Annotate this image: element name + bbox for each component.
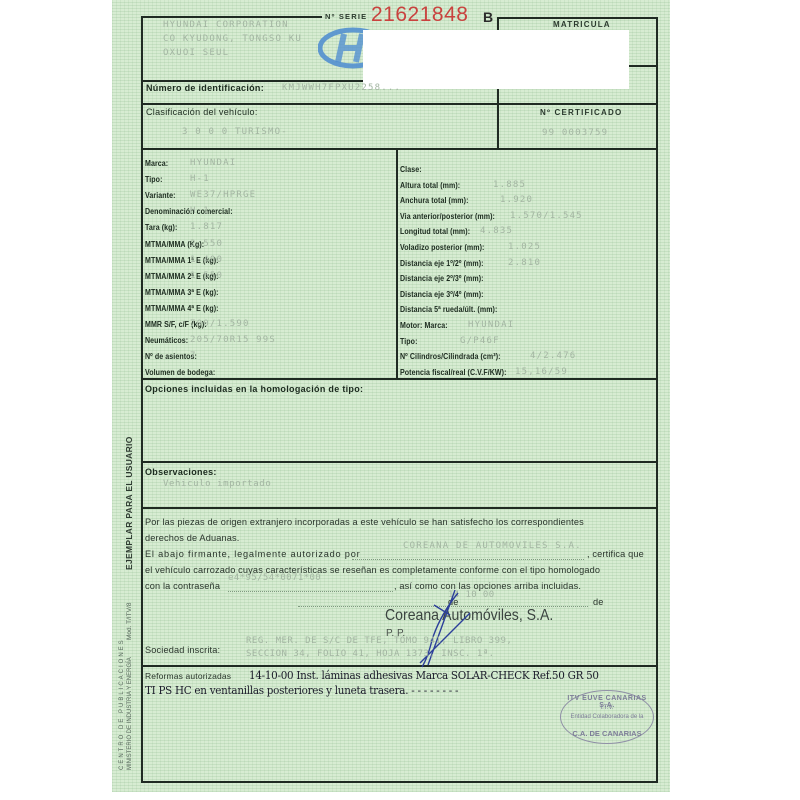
cert-line-3-end: , certifica que (587, 549, 644, 559)
side-model: Mod. T/ITV/8 (126, 603, 133, 640)
spec-left-value: 1.550 (190, 271, 223, 281)
side-ministry-2: MINISTERIO DE INDUSTRIA Y ENERGÍA (127, 657, 133, 770)
cert-line-3-dots (352, 559, 584, 560)
spec-left-value: 205/70R15 99S (190, 335, 276, 345)
certificado-value: 99 0003759 (542, 128, 608, 138)
cert-contrasena-value: e4*95/54*0071*00 (228, 573, 321, 583)
spec-right-label: Altura total (mm): (400, 180, 460, 190)
spec-left-label: Marca: (145, 158, 168, 168)
serie-label: Nº SERIE (325, 12, 367, 21)
clasificacion-value: 3 0 0 0 TURISMO- (182, 127, 288, 137)
cert-line-5-start: con la contraseña (145, 581, 220, 591)
itv-stamp: ITV EUVE CANARIAS S.A. I.T.V. Entidad Co… (560, 690, 654, 744)
sociedad-line-1: REG. MER. DE S/C DE TFE, TOMO 941, LIBRO… (246, 636, 512, 646)
spec-right-label: Longitud total (mm): (400, 226, 470, 236)
identificacion-label: Número de identificación: (146, 83, 264, 93)
spec-right-value: G/P46F (460, 336, 500, 346)
serie-number: 21621848 (371, 3, 468, 27)
spec-left-label: Tipo: (145, 174, 163, 184)
divider-certificacion (141, 507, 658, 509)
divider-reformas (141, 665, 658, 667)
spec-right-label: Nº Cilindros/Cilindrada (cm³): (400, 351, 501, 361)
spec-left-label: Tara (kg): (145, 222, 177, 232)
spec-left-value: 2.550 (190, 239, 223, 249)
spec-left-value: H-1 (190, 206, 210, 216)
divider-observaciones (141, 461, 658, 463)
observaciones-value: Vehiculo importado (163, 479, 271, 489)
reformas-line-1: 14-10-00 Inst. láminas adhesivas Marca S… (249, 668, 599, 682)
frame-bottom (141, 781, 658, 783)
cert-line-2: derechos de Aduanas. (145, 533, 239, 543)
frame-left (141, 16, 143, 783)
observaciones-label: Observaciones: (145, 467, 217, 477)
spec-right-label: Voladizo posterior (mm): (400, 242, 484, 252)
frame-top-left (141, 16, 322, 18)
spec-right-label: Clase: (400, 164, 422, 174)
divider-identificacion (141, 103, 658, 105)
spec-left-label: Neumáticos: (145, 335, 188, 345)
manufacturer-line-3: OXUOI SEUL (163, 48, 229, 58)
spec-left-value: HYUNDAI (190, 158, 236, 168)
reformas-label: Reformas autorizadas (145, 671, 231, 681)
certificado-label: Nº CERTIFICADO (540, 108, 622, 117)
stamp-line-3: Entidad Colaboradora de la (561, 714, 653, 720)
spec-right-label: Via anterior/posterior (mm): (400, 211, 495, 221)
spec-right-label: Distancia eje 3º/4º (mm): (400, 289, 484, 299)
spec-right-value: 1.025 (508, 242, 541, 252)
side-title: EJEMPLAR PARA EL USUARIO (124, 436, 134, 570)
cert-line-3-start: El abajo firmante, legalmente autorizado… (145, 549, 360, 559)
cert-de-2: de (593, 597, 604, 607)
spec-right-label: Anchura total (mm): (400, 195, 469, 205)
cert-line-5-dots (228, 591, 393, 592)
sociedad-line-2: SECCION 34, FOLIO 41, HOJA 1373, INSC. 1… (246, 649, 495, 659)
sociedad-label: Sociedad inscrita: (145, 645, 220, 655)
spec-right-value: 2.810 (508, 258, 541, 268)
spec-right-value: 15,16/59 (515, 367, 568, 377)
spec-left-label: MTMA/MMA 4ª E (kg): (145, 303, 219, 313)
stamp-line-2: I.T.V. (561, 705, 653, 711)
frame-right (656, 17, 658, 783)
spec-right-label: Motor: Marca: (400, 320, 448, 330)
stamp-line-4: C.A. DE CANARIAS (561, 729, 653, 738)
spec-left-value: 1.400 (190, 255, 223, 265)
spec-right-label: Potencia fiscal/real (C.V.F/KW): (400, 367, 507, 377)
spec-left-value: 7 (190, 351, 197, 361)
serie-suffix: B (483, 9, 493, 25)
manufacturer-line-2: CO KYUDONG, TONGSO KU (163, 34, 302, 44)
spec-right-label: Distancia 5ª rueda/últ. (mm): (400, 304, 497, 314)
redacted-area (363, 30, 629, 89)
spec-right-value: HYUNDAI (468, 320, 514, 330)
divider-specs-top (141, 148, 658, 150)
spec-right-value: 1.885 (493, 180, 526, 190)
frame-top-right (497, 17, 658, 19)
spec-right-label: Tipo: (400, 336, 418, 346)
identificacion-value: KMJWWH7FPXU2258... (282, 83, 401, 93)
side-ministry-1: CENTRO DE PUBLICACIONES (119, 638, 125, 770)
spec-left-label: Variante: (145, 190, 176, 200)
cert-line-1: Por las piezas de origen extranjero inco… (145, 517, 584, 527)
divider-manufacturer (141, 80, 381, 82)
cert-authorized-by: COREANA DE AUTOMOVILES S.A. (403, 541, 582, 551)
manufacturer-line-1: HYUNDAI CORPORATION (163, 20, 289, 30)
matricula-label: MATRICULA (553, 20, 611, 29)
spec-left-value: 700/1.590 (190, 319, 250, 329)
spec-left-label: MTMA/MMA 3ª E (kg): (145, 287, 219, 297)
signature-scribble-icon (410, 585, 480, 675)
spec-left-value: H-1 (190, 174, 210, 184)
spec-left-label: Denominación comercial: (145, 206, 233, 216)
spec-right-label: Distancia eje 2º/3º (mm): (400, 273, 484, 283)
spec-left-value: 1.817 (190, 222, 223, 232)
spec-left-value: WE37/HPRGE (190, 190, 256, 200)
spec-right-value: 4/2.476 (530, 351, 576, 361)
spec-left-label: Volumen de bodega: (145, 367, 215, 377)
spec-right-value: 1.920 (500, 195, 533, 205)
reformas-line-2: TI PS HC en ventanillas posteriores y lu… (145, 683, 458, 697)
cert-line-4: el vehículo carrozado cuyas característi… (145, 565, 600, 575)
spec-right-label: Distancia eje 1º/2º (mm): (400, 258, 484, 268)
opciones-label: Opciones incluidas en la homologación de… (145, 384, 363, 394)
spec-right-value: 4.835 (480, 226, 513, 236)
clasificacion-label: Clasificación del vehículo: (146, 107, 258, 117)
divider-matricula-right (628, 65, 658, 67)
spec-right-value: 1.570/1.545 (510, 211, 583, 221)
divider-specs-mid (396, 148, 398, 379)
divider-opciones (141, 378, 658, 380)
